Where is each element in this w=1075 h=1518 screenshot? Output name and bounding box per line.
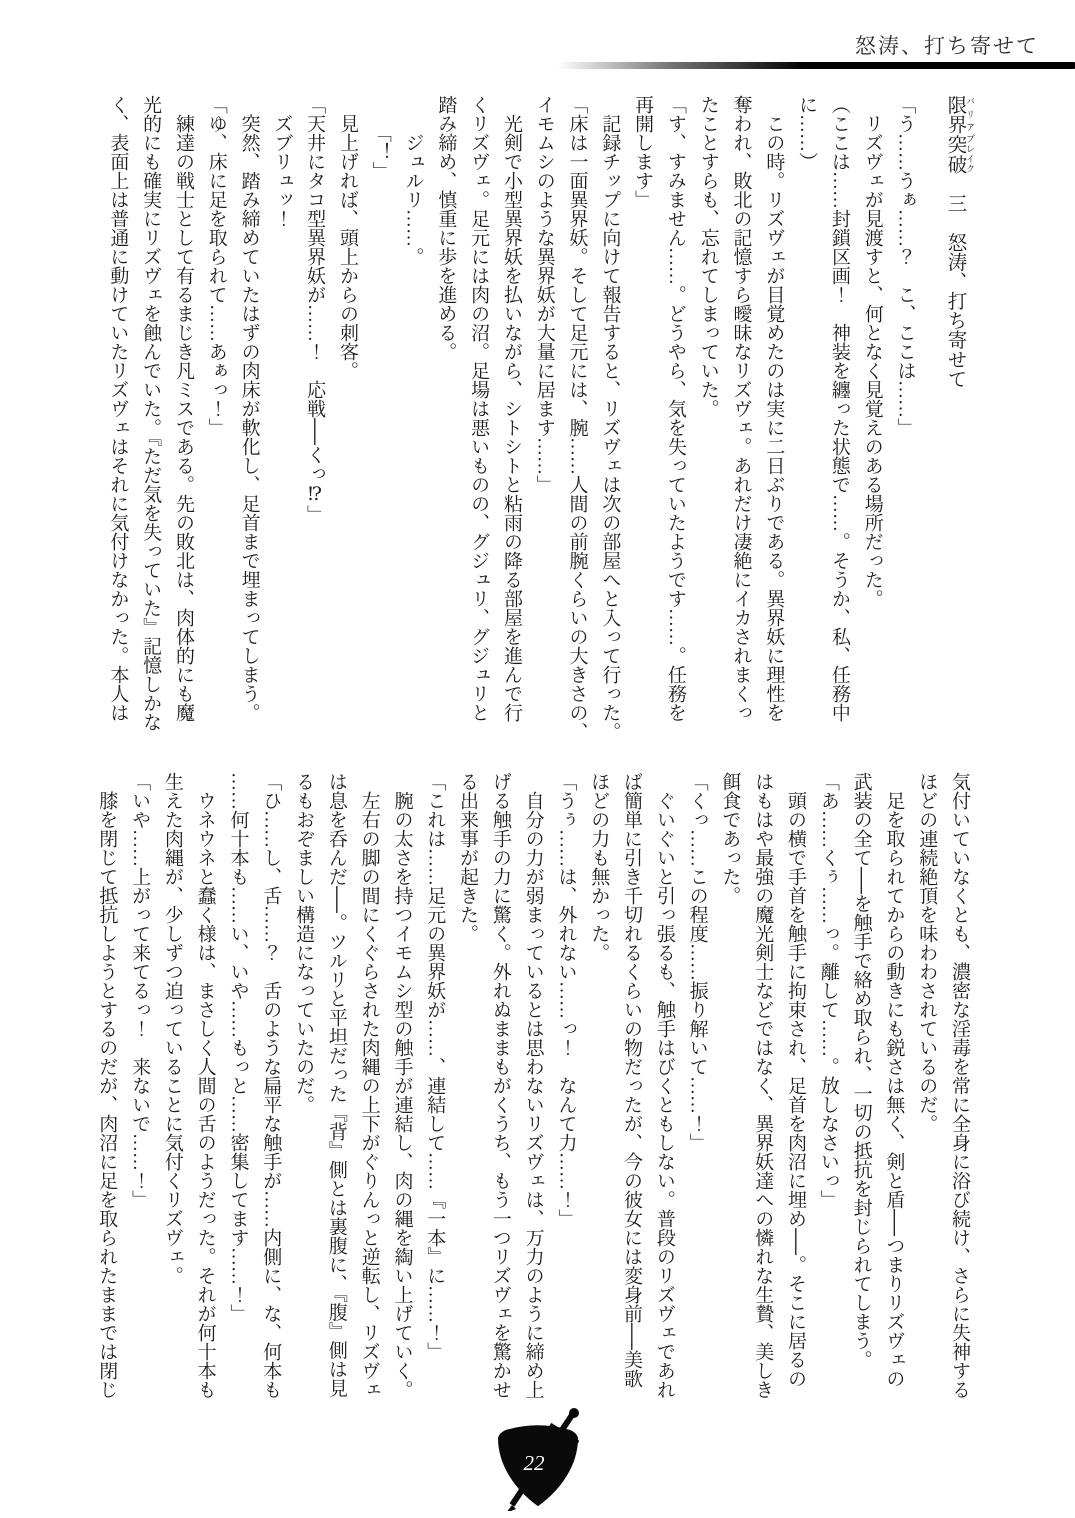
lower-text-block: 気付いていなくとも、濃密な淫毒を常に全身に浴び続け、さらに失神するほどの連続絶頂… <box>89 772 975 1414</box>
text-line: 頭の横で手首を触手に拘束され、足首を肉沼に埋め──。そこに居るの <box>778 772 811 1414</box>
section-heading-word-1: 限界バリア <box>945 95 966 134</box>
text-line: 光剣で小型異界妖を払いながら、シトシトと粘雨の降る部屋を進んで行 <box>494 95 527 737</box>
text-line: く、表面上は普通に動けていたリズヴェはそれに気付けなかった。本人は <box>101 95 134 737</box>
text-line: 「う……うぁ……？ こ、ここは……」 <box>888 95 921 737</box>
text-line: 膝を閉じて抵抗しようとするのだが、肉沼に足を取られたままでは閉じ <box>89 772 122 1414</box>
text-line: ほどの力も無かった。 <box>581 772 614 1414</box>
text-line: ズブリュッ！ <box>265 95 298 737</box>
text-line: ば簡単に引き千切れるくらいの物だったが、今の彼女には変身前──美歌 <box>614 772 647 1414</box>
text-line: 「うぅ……は、外れない……っ！ なんて力……！」 <box>549 772 582 1414</box>
text-line: 「くっ……この程度……振り解いて……！」 <box>680 772 713 1414</box>
text-line: 「天井にタコ型異界妖が……！ 応戦──くっ⁉」 <box>297 95 330 737</box>
text-line: 自分の力が弱まっているとは思わないリズヴェは、万力のように締め上 <box>516 772 549 1414</box>
header-rule <box>557 62 1075 69</box>
section-heading-ruby-2: ブレイク <box>965 134 975 174</box>
page-number-ornament: 22 <box>486 1405 590 1511</box>
running-header-title: 怒涛、打ち寄せて <box>855 30 1039 60</box>
text-line: 奪われ、敗北の記憶すら曖昧なリズヴェ。あれだけ凄絶にイカされまくっ <box>724 95 757 737</box>
text-line: 腕の太さを持つイモムシ型の触手が連結し、肉の縄を綯い上げていく。 <box>385 772 418 1414</box>
lower-text-columns: 気付いていなくとも、濃密な淫毒を常に全身に浴び続け、さらに失神するほどの連続絶頂… <box>89 772 975 1414</box>
text-line: に……） <box>789 95 822 737</box>
text-line: 気付いていなくとも、濃密な淫毒を常に全身に浴び続け、さらに失神する <box>942 772 975 1414</box>
text-line: 「！」 <box>363 95 396 737</box>
text-line: 踏み締め、慎重に歩を進める。 <box>429 95 462 737</box>
text-line: たことすらも、忘れてしまっていた。 <box>691 95 724 737</box>
text-line: はもはや最強の魔光剣士などではなく、異界妖達への憐れな生贄、美しき <box>745 772 778 1414</box>
upper-text-block: 限界バリア突破ブレイク 三 怒涛、打ち寄せて 「う……うぁ……？ こ、ここは……… <box>101 95 975 737</box>
text-line: 「いや……上がって来てるっ！ 来ないで……！」 <box>122 772 155 1414</box>
text-line: るもおぞましい構造になっていたのだ。 <box>286 772 319 1414</box>
text-line: 記録チップに向けて報告すると、リズヴェは次の部屋へと入って行った。 <box>593 95 626 737</box>
text-line: 生えた肉縄が、少しずつ迫っていることに気付くリズヴェ。 <box>155 772 188 1414</box>
text-line: イモムシのような異界妖が大量に居ます……」 <box>527 95 560 737</box>
text-line: くリズヴェ。足元には肉の沼。足場は悪いものの、グジュリ、グジュリと <box>461 95 494 737</box>
text-line: ぐいぐいと引っ張るも、触手はびくともしない。普段のリズヴェであれ <box>647 772 680 1414</box>
page-number: 22 <box>486 1451 582 1476</box>
text-line: 「ゆ、床に足を取られて……あぁっ！」 <box>199 95 232 737</box>
text-line: ……何十本も……い、いや……もっと……密集してます……！」 <box>221 772 254 1414</box>
text-line: 再開します」 <box>625 95 658 737</box>
text-line: る出来事が起きた。 <box>450 772 483 1414</box>
section-heading-word-2: 突破ブレイク <box>945 134 966 174</box>
text-line: 練達の戦士として有るまじき凡ミスである。先の敗北は、肉体的にも魔 <box>166 95 199 737</box>
text-line: 見上げれば、頭上からの刺客。 <box>330 95 363 737</box>
text-line: 「ひ……し、舌……？ 舌のような扁平な触手が……内側に、な、何本も <box>253 772 286 1414</box>
section-heading-rest: 三 怒涛、打ち寄せて <box>945 174 966 389</box>
section-heading-ruby-1: バリア <box>965 95 975 134</box>
upper-text-columns: 「う……うぁ……？ こ、ここは……」 リズヴェが見渡すと、何となく見覚えのある場… <box>101 95 921 737</box>
novel-page: { "page_header": { "running_title": "怒涛、… <box>0 0 1075 1518</box>
text-line: 突然、踏み締めていたはずの肉床が軟化し、足首まで埋まってしまう。 <box>232 95 265 737</box>
text-line: 光的にも確実にリズヴェを蝕んでいた。『ただ気を失っていた』記憶しかな <box>133 95 166 737</box>
text-line: 「す、すみません……。どうやら、気を失っていたようです……。任務を <box>658 95 691 737</box>
text-line: 「これは……足元の異界妖が……、連結して……『一本』に……！」 <box>417 772 450 1414</box>
text-line: 餌食であった。 <box>713 772 746 1414</box>
text-line: （ここは……封鎖区画！ 神装を纏った状態で……。そうか、私、任務中 <box>822 95 855 737</box>
text-line: 足を取られてからの動きにも鋭さは無く、剣と盾──つまりリズヴェの <box>877 772 910 1414</box>
text-line: この時。リズヴェが目覚めたのは実に二日ぶりである。異界妖に理性を <box>757 95 790 737</box>
text-line: げる触手の力に驚く。外れぬままもがくうち、もう一つリズヴェを驚かせ <box>483 772 516 1414</box>
text-line: ジュルリ……。 <box>396 95 429 737</box>
text-line: は息を呑んだ──。ツルリと平坦だった『背』側とは裏腹に、『腹』側は見 <box>319 772 352 1414</box>
text-line: 「床は一面異界妖。そして足元には、腕……人間の前腕くらいの大きさの、 <box>560 95 593 737</box>
text-line: 「あ……くぅ……っ。離して……。放しなさいっ」 <box>811 772 844 1414</box>
section-heading: 限界バリア突破ブレイク 三 怒涛、打ち寄せて <box>943 95 976 737</box>
text-line: 左右の脚の間にくぐらされた肉縄の上下がぐりんっと逆転し、リズヴェ <box>352 772 385 1414</box>
text-line: リズヴェが見渡すと、何となく見覚えのある場所だった。 <box>855 95 888 737</box>
text-line: 武装の全て──を触手で絡め取られ、一切の抵抗を封じられてしまう。 <box>844 772 877 1414</box>
text-line: ウネウネと蠢く様は、まさしく人間の舌のようだった。それが何十本も <box>188 772 221 1414</box>
text-line: ほどの連続絶頂を味わわされているのだ。 <box>909 772 942 1414</box>
